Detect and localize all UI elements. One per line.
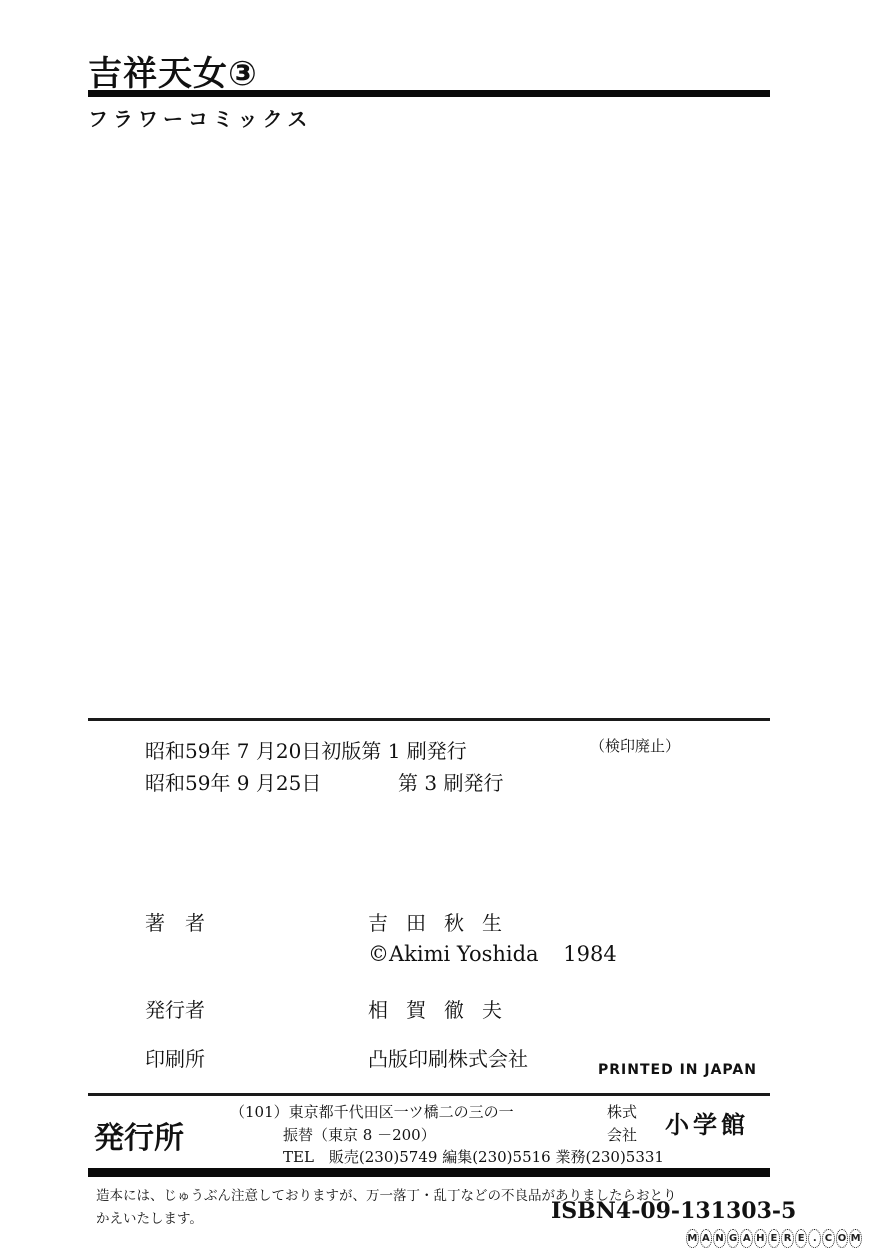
copyright-line: ©Akimi Yoshida 1984 (368, 942, 617, 966)
watermark-char: M (849, 1229, 862, 1248)
third-print-date: 昭和59年 9 月25日 (145, 767, 321, 796)
company-type-top: 株式 (607, 1101, 637, 1122)
watermark-char: N (713, 1229, 726, 1248)
watermark-char: A (700, 1229, 713, 1248)
defect-notice-line2: かえいたします。 (96, 1207, 203, 1227)
first-edition-line: 昭和59年 7 月20日初版第 1 刷発行 (145, 735, 467, 764)
watermark-char: A (740, 1229, 753, 1248)
printed-in-japan: PRINTED IN JAPAN (598, 1062, 757, 1078)
third-print-label: 第 3 刷発行 (398, 767, 503, 796)
watermark-char: M (686, 1229, 699, 1248)
watermark-char: . (808, 1229, 821, 1248)
series-name: フラワーコミックス (88, 103, 312, 132)
edition-rule (88, 718, 770, 721)
isbn: ISBN4-09-131303-5 (551, 1198, 796, 1224)
watermark-char: G (727, 1229, 740, 1248)
publisher-person: 相賀徹夫 (368, 994, 520, 1023)
watermark-char: H (754, 1229, 767, 1248)
watermark-logo: M A N G A H E R E . C O M (686, 1229, 862, 1249)
printer-name: 凸版印刷株式会社 (368, 1043, 528, 1072)
book-title: 吉祥天女③ (88, 46, 258, 95)
copyright-holder: ©Akimi Yoshida (368, 942, 539, 966)
watermark-char: R (781, 1229, 794, 1248)
publisher-rule-bottom (88, 1168, 770, 1177)
publisher-label: 発行所 (94, 1113, 184, 1157)
watermark-char: C (822, 1229, 835, 1248)
publisher-person-label: 発行者 (145, 994, 205, 1023)
author-label: 著 者 (145, 907, 205, 936)
watermark-char: E (795, 1229, 808, 1248)
company-name: 小学館 (665, 1105, 749, 1140)
company-type-bottom: 会社 (607, 1124, 637, 1145)
title-rule (88, 90, 770, 97)
copyright-year: 1984 (563, 942, 616, 966)
printer-label: 印刷所 (145, 1043, 205, 1072)
publisher-address: （101）東京都千代田区一ツ橋二の三の一 (230, 1101, 514, 1122)
watermark-char: O (836, 1229, 849, 1248)
stamp-note: （検印廃止） (590, 735, 680, 756)
publisher-rule-top (88, 1093, 770, 1096)
author-name: 吉田秋生 (368, 907, 520, 936)
publisher-tel: TEL 販売(230)5749 編集(230)5516 業務(230)5331 (283, 1146, 664, 1167)
watermark-char: E (768, 1229, 781, 1248)
publisher-transfer: 振替（東京 8 －200） (283, 1124, 436, 1145)
